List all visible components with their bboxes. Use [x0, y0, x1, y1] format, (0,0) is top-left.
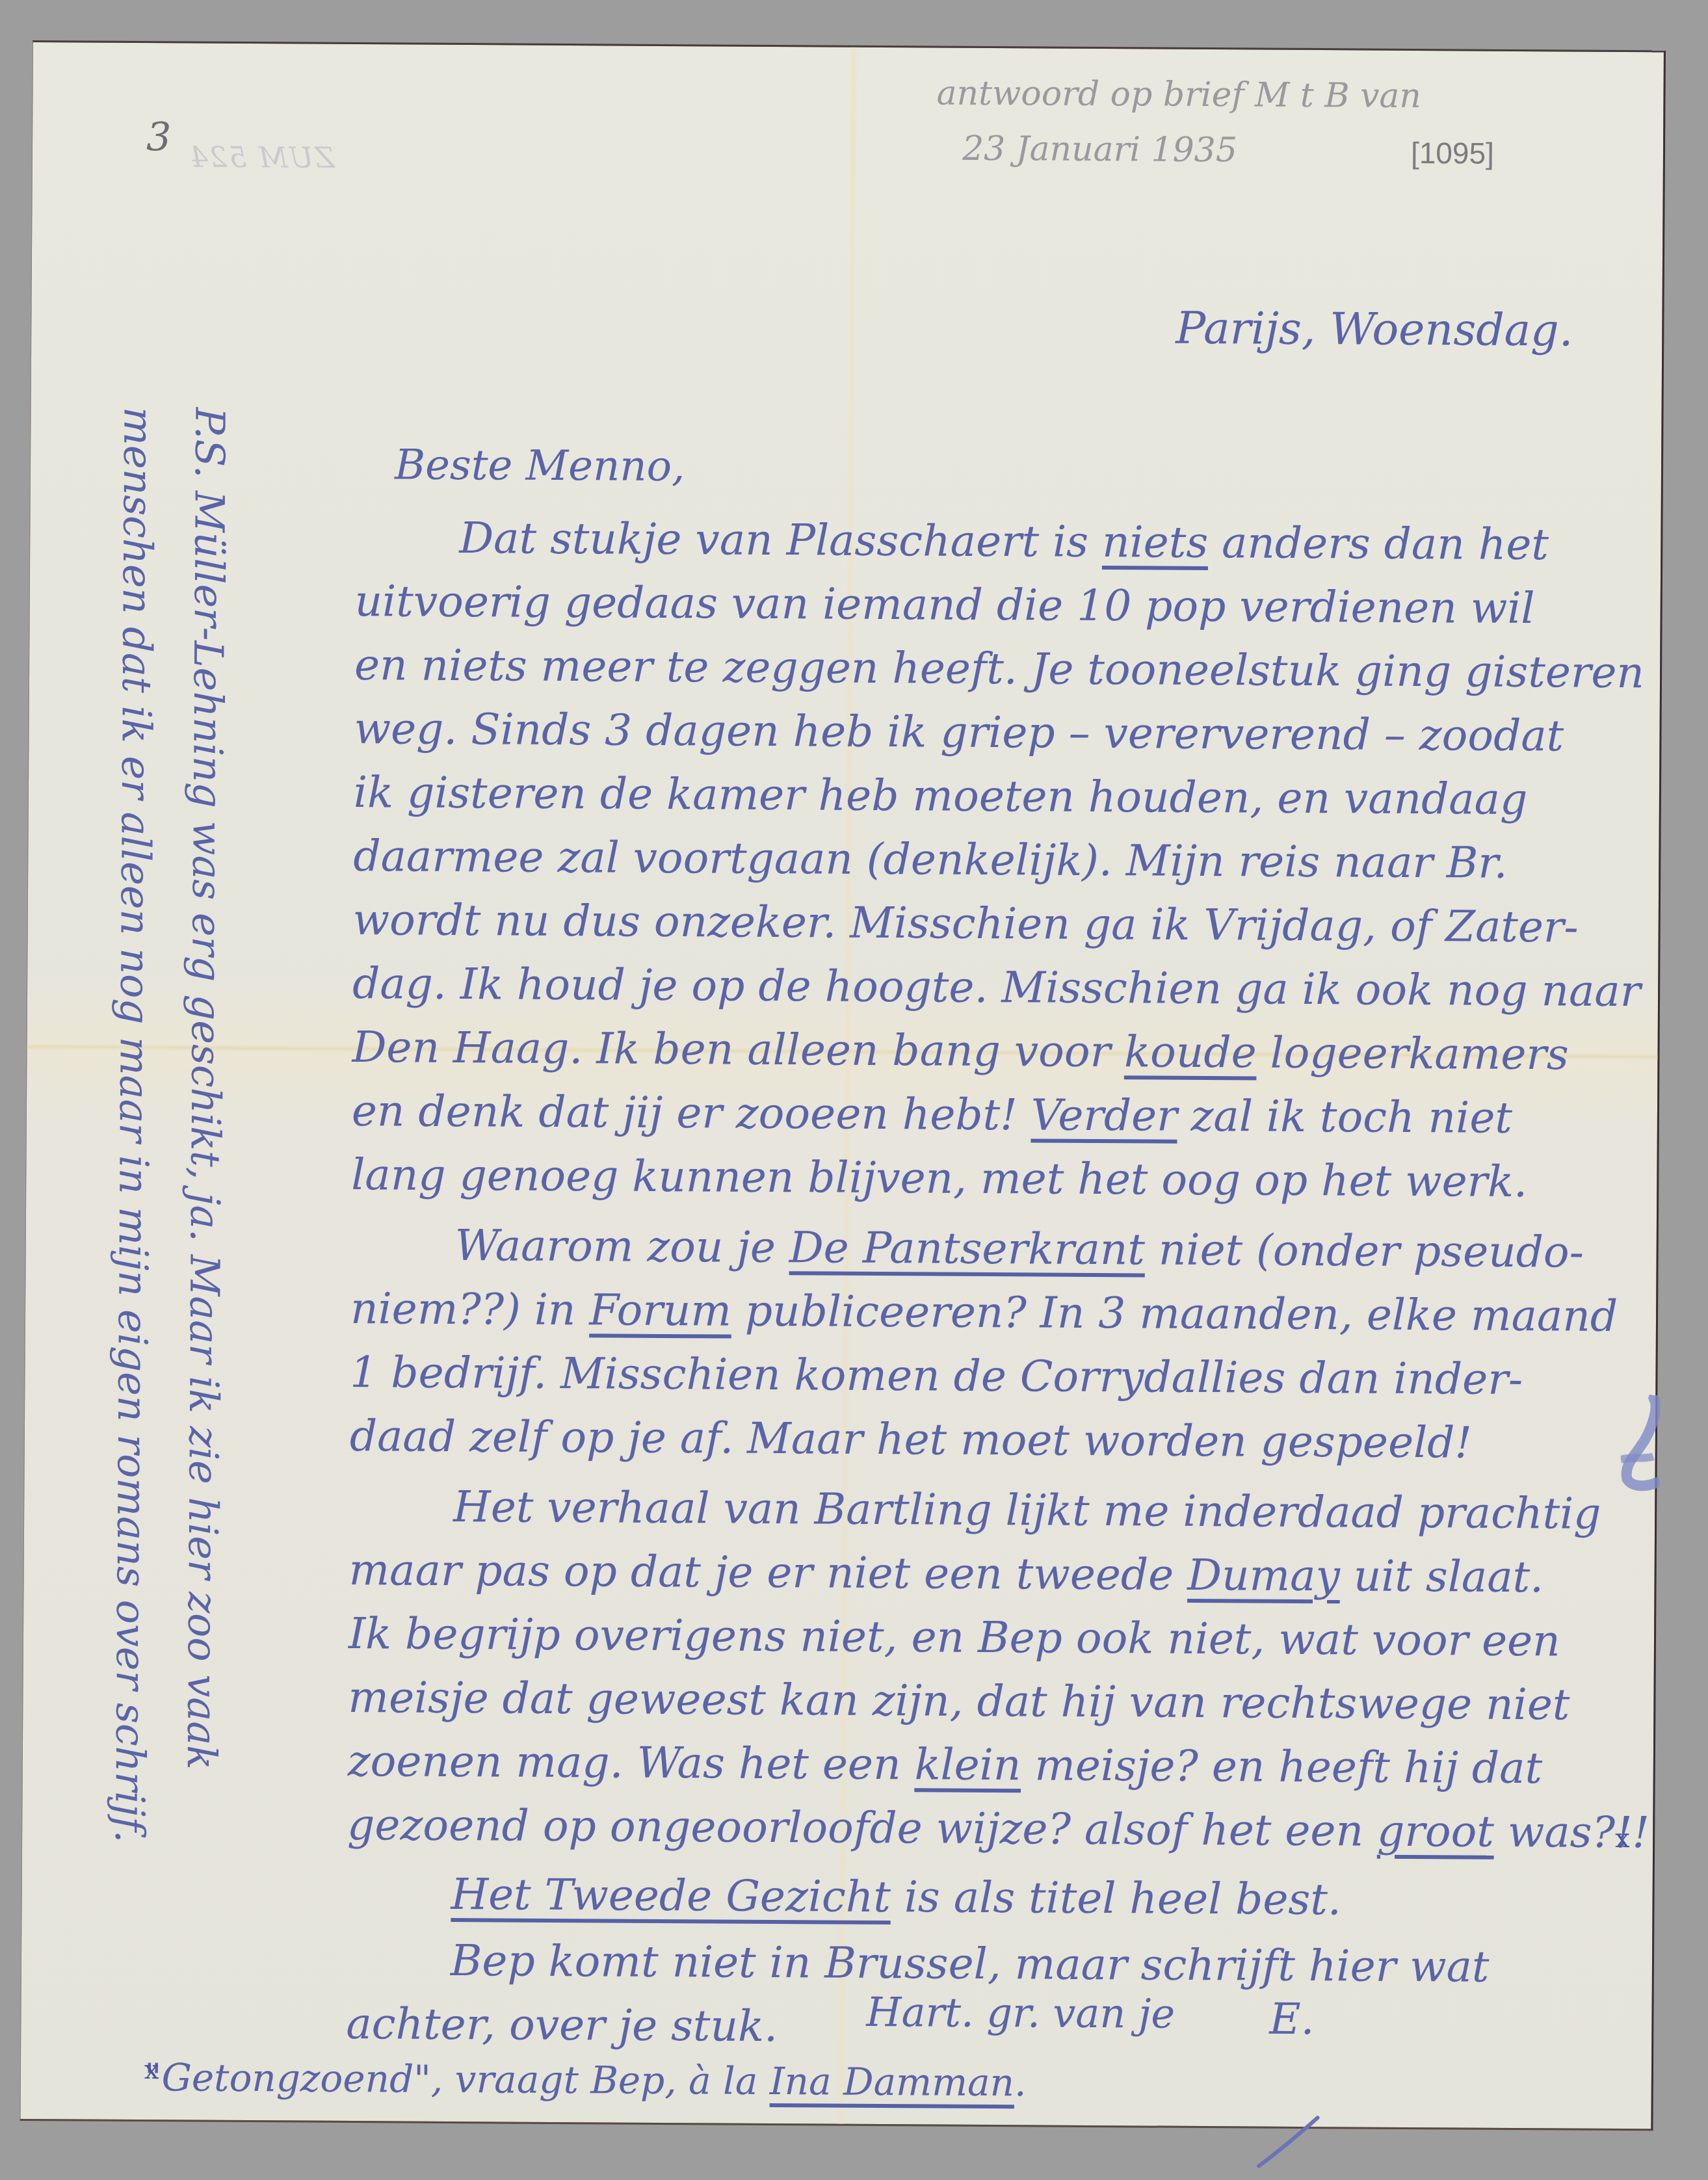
line-text: Bep komt niet in Brussel, maar schrijft … — [451, 1936, 1490, 1992]
letter-line: daad zelf op je af. Maar het moet worden… — [350, 1411, 1473, 1468]
letter-line: en niets meer te zeggen heeft. Je toonee… — [354, 640, 1644, 698]
line-text-after: anders dan het — [1208, 518, 1549, 570]
ink-blot-mark — [1620, 1395, 1660, 1492]
letter-line: Dat stukje van Plasschaert is niets ande… — [459, 513, 1549, 570]
underlined-word: Het Tweede Gezicht — [451, 1869, 891, 1922]
line-text: Ik begrijp overigens niet, en Bep ook ni… — [348, 1609, 1560, 1666]
letter-line: wordt nu dus onzeker. Misschien ga ik Vr… — [353, 895, 1579, 952]
postscript: P.S. Müller-Lehning was erg geschikt, ja… — [94, 407, 245, 1844]
line-text-after: logeerkamers — [1256, 1028, 1569, 1080]
mirrored-stamp: ZUM 524 — [189, 140, 335, 174]
signature: E. — [1269, 1994, 1315, 2044]
underlined-word: niets — [1102, 517, 1209, 568]
line-text-after: niet (onder pseudo- — [1145, 1224, 1584, 1277]
footnote-underlined-name: Ina Damman — [770, 2059, 1015, 2105]
letter-paper: 3 ZUM 524 antwoord op brief M t B van 23… — [20, 40, 1666, 2131]
line-text: 1 bedrijf. Misschien komen de Corrydalli… — [350, 1347, 1523, 1404]
line-text: achter, over je stuk. — [346, 1999, 778, 2051]
letter-line: niem??) in Forum publiceeren? In 3 maand… — [350, 1283, 1618, 1341]
letter-line: dag. Ik houd je op de hoogte. Misschien … — [352, 958, 1641, 1016]
line-text-after: uit slaat. — [1340, 1551, 1544, 1602]
signature-flourish — [1252, 2114, 1324, 2173]
line-text: Waarom zou je — [454, 1220, 789, 1272]
letter-line: achter, over je stuk. — [346, 1999, 778, 2051]
underlined-word: De Pantserkrant — [789, 1222, 1146, 1274]
page-number: 3 — [146, 114, 172, 160]
footnote-reference-marker: x — [1615, 1824, 1630, 1854]
greeting: Beste Menno, — [395, 441, 685, 491]
archival-note-line-2: 23 Januari 1935 — [962, 129, 1237, 170]
letter-line: Het Tweede Gezicht is als titel heel bes… — [451, 1869, 1341, 1924]
line-text: ik gisteren de kamer heb moeten houden, … — [354, 767, 1528, 824]
underlined-word: groot — [1377, 1806, 1494, 1857]
letter-line: 1 bedrijf. Misschien komen de Corrydalli… — [350, 1347, 1523, 1404]
line-text: gezoend op ongeoorloofde wijze? alsof he… — [347, 1800, 1377, 1856]
line-text: niem??) in — [350, 1283, 590, 1335]
letter-line: lang genoeg kunnen blijven, met het oog … — [351, 1149, 1527, 1207]
letter-line: ik gisteren de kamer heb moeten houden, … — [354, 767, 1528, 824]
underlined-word: koude — [1124, 1027, 1257, 1077]
line-text: en denk dat jij er zooeen hebt! — [352, 1086, 1031, 1140]
underlined-word: Dumay — [1187, 1550, 1340, 1601]
archive-number: [1095] — [1411, 135, 1494, 171]
letter-line: en denk dat jij er zooeen hebt! Verder z… — [352, 1086, 1512, 1143]
postscript-line-1: P.S. Müller-Lehning was erg geschikt, ja… — [165, 407, 245, 1843]
letter-line: gezoend op ongeoorloofde wijze? alsof he… — [347, 1800, 1649, 1858]
letter-line: Den Haag. Ik ben alleen bang voor koude … — [352, 1022, 1569, 1079]
letter-line: weg. Sinds 3 dagen heb ik griep – vererv… — [354, 703, 1564, 761]
line-text-after: publiceeren? In 3 maanden, elke maand — [731, 1286, 1618, 1341]
letter-line: uitvoerig gedaas van iemand die 10 pop v… — [355, 576, 1535, 633]
line-text: zoenen mag. Was het een — [348, 1736, 915, 1789]
line-text: meisje dat geweest kan zijn, dat hij van… — [348, 1672, 1570, 1729]
letter-line: meisje dat geweest kan zijn, dat hij van… — [348, 1672, 1570, 1729]
line-text-after: zal ik toch niet — [1177, 1091, 1513, 1143]
place-date: Parijs, Woensdag. — [1176, 303, 1573, 357]
letter-line: zoenen mag. Was het een klein meisje? en… — [348, 1736, 1543, 1793]
letter-line: Ik begrijp overigens niet, en Bep ook ni… — [348, 1609, 1560, 1666]
line-text-after: is als titel heel best. — [891, 1872, 1341, 1924]
line-text: lang genoeg kunnen blijven, met het oog … — [351, 1149, 1527, 1207]
letter-line: Bep komt niet in Brussel, maar schrijft … — [451, 1936, 1490, 1992]
footnote-text: "Getongzoend", vraagt Bep, à la — [144, 2055, 770, 2103]
line-text: Den Haag. Ik ben alleen bang voor — [352, 1022, 1124, 1077]
letter-line: Het verhaal van Bartling lijkt me inderd… — [453, 1482, 1601, 1539]
line-text: daarmee zal voortgaan (denkelijk). Mijn … — [353, 831, 1508, 888]
line-text: Het verhaal van Bartling lijkt me inderd… — [453, 1482, 1601, 1539]
underlined-word: Forum — [589, 1285, 731, 1335]
line-text: uitvoerig gedaas van iemand die 10 pop v… — [355, 576, 1535, 633]
line-text-after: meisje? en heeft hij dat — [1021, 1740, 1542, 1793]
footnote-end: . — [1014, 2060, 1027, 2105]
underlined-word: Verder — [1031, 1090, 1177, 1140]
line-text: dag. Ik houd je op de hoogte. Misschien … — [352, 958, 1641, 1016]
line-text: en niets meer te zeggen heeft. Je toonee… — [354, 640, 1644, 698]
underlined-word: klein — [914, 1739, 1021, 1790]
footnote-marker: x — [144, 2055, 159, 2085]
letter-line: maar pas op dat je er niet een tweede Du… — [348, 1545, 1544, 1602]
closing: Hart. gr. van je — [866, 1988, 1175, 2038]
line-text: Dat stukje van Plasschaert is — [459, 513, 1102, 567]
letter-line: daarmee zal voortgaan (denkelijk). Mijn … — [353, 831, 1508, 888]
postscript-line-2: menschen dat ik er alleen nog maar in mi… — [94, 407, 174, 1843]
line-text: weg. Sinds 3 dagen heb ik griep – vererv… — [354, 703, 1564, 761]
letter-line: Waarom zou je De Pantserkrant niet (onde… — [454, 1220, 1584, 1278]
line-text: wordt nu dus onzeker. Misschien ga ik Vr… — [353, 895, 1579, 952]
line-text: daad zelf op je af. Maar het moet worden… — [350, 1411, 1473, 1468]
footnote: x "Getongzoend", vraagt Bep, à la Ina Da… — [144, 2055, 1027, 2105]
line-text: maar pas op dat je er niet een tweede — [348, 1545, 1187, 1600]
archival-note-line-1: antwoord op brief M t B van — [936, 73, 1421, 116]
